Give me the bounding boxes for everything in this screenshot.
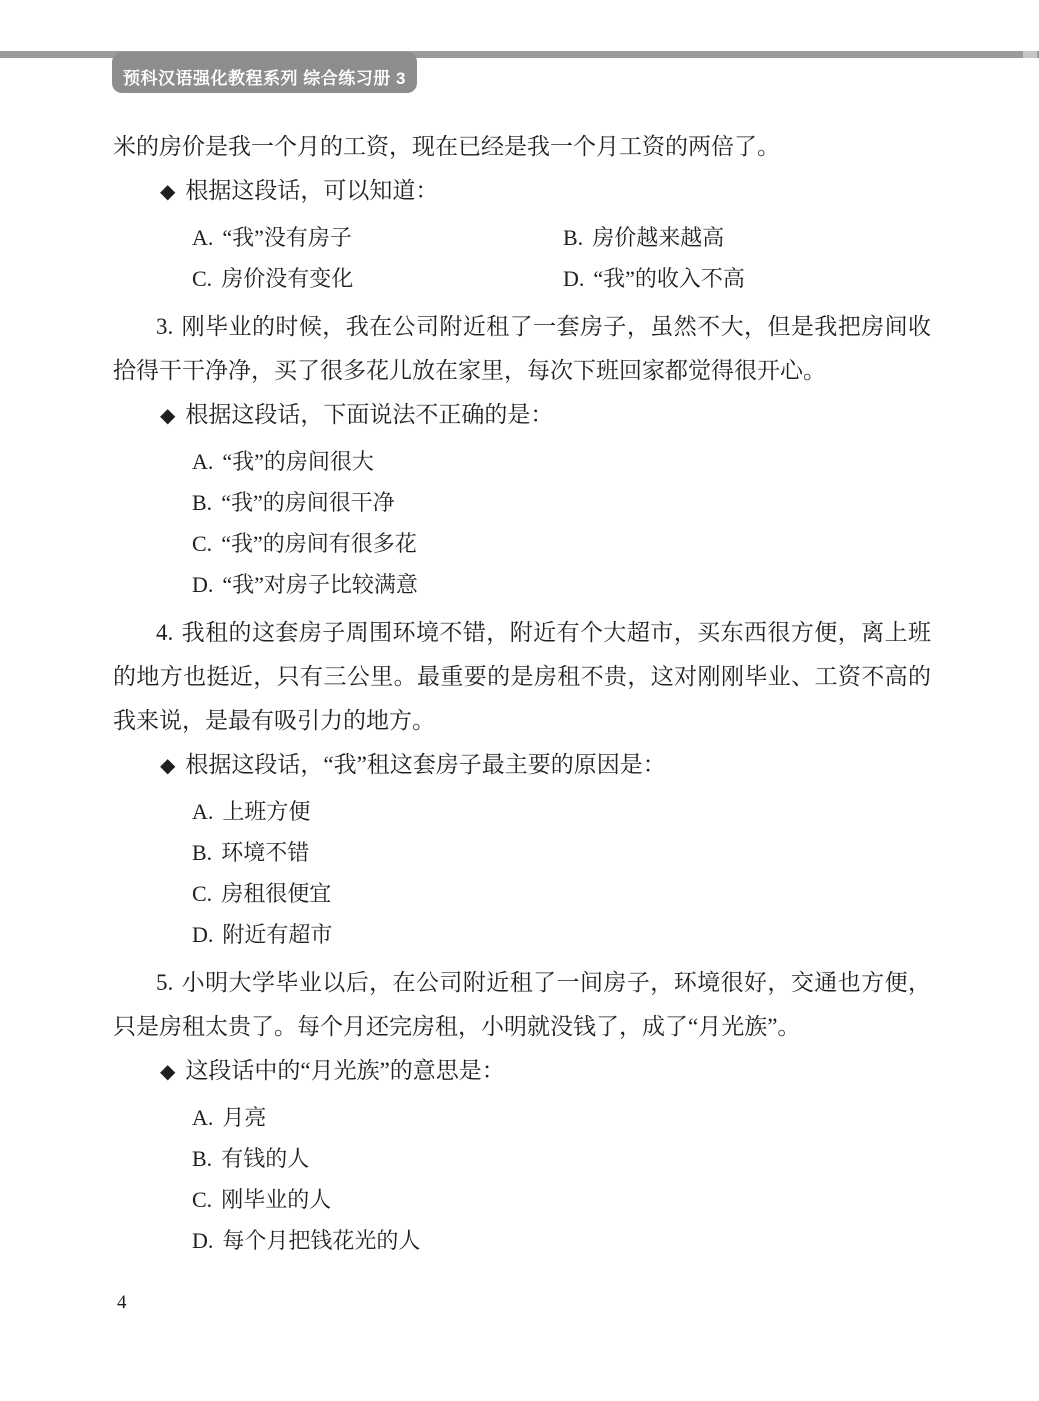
option-b: B.有钱的人 <box>192 1138 931 1179</box>
option-text: 每个月把钱花光的人 <box>222 1228 420 1253</box>
option-a: A.“我”没有房子 <box>192 217 563 258</box>
option-label: D. <box>563 266 584 291</box>
option-label: C. <box>192 881 212 906</box>
option-label: A. <box>192 225 213 250</box>
option-label: A. <box>192 1105 213 1130</box>
option-label: C. <box>192 1187 212 1212</box>
question-5-prompt: ◆这段话中的“月光族”的意思是： <box>113 1049 931 1093</box>
option-d: D.“我”的收入不高 <box>563 258 931 299</box>
option-label: C. <box>192 531 212 556</box>
option-label: B. <box>192 490 212 515</box>
question-3-prompt: ◆根据这段话，下面说法不正确的是： <box>113 393 931 437</box>
workbook-page: 预科汉语强化教程系列 综合练习册 3 米的房价是我一个月的工资，现在已经是我一个… <box>0 0 1039 1401</box>
question-2-continued: 米的房价是我一个月的工资，现在已经是我一个月工资的两倍了。 ◆根据这段话，可以知… <box>113 125 931 299</box>
option-a: A.上班方便 <box>192 791 931 832</box>
option-d: D.“我”对房子比较满意 <box>192 564 931 605</box>
option-text: “我”的房间很干净 <box>221 490 395 515</box>
question-3-passage: 3.刚毕业的时候，我在公司附近租了一套房子，虽然不大，但是我把房间收拾得干干净净… <box>113 305 931 393</box>
passage-text: 刚毕业的时候，我在公司附近租了一套房子，虽然不大，但是我把房间收拾得干干净净，买… <box>113 314 931 383</box>
option-b: B.环境不错 <box>192 832 931 873</box>
option-label: A. <box>192 799 213 824</box>
option-a: A.月亮 <box>192 1097 931 1138</box>
diamond-bullet-icon: ◆ <box>160 1059 175 1083</box>
option-label: D. <box>192 1228 213 1253</box>
header-rule-bar-tip <box>1023 51 1037 58</box>
option-label: B. <box>192 840 212 865</box>
option-text: 环境不错 <box>221 840 309 865</box>
option-text: “我”的收入不高 <box>593 266 745 291</box>
diamond-bullet-icon: ◆ <box>160 753 175 777</box>
prompt-text: 根据这段话，“我”租这套房子最主要的原因是： <box>185 752 665 777</box>
option-text: 上班方便 <box>222 799 310 824</box>
option-text: “我”的房间有很多花 <box>221 531 417 556</box>
question-3-options: A.“我”的房间很大 B.“我”的房间很干净 C.“我”的房间有很多花 D.“我… <box>113 441 931 605</box>
option-a: A.“我”的房间很大 <box>192 441 931 482</box>
question-4-options: A.上班方便 B.环境不错 C.房租很便宜 D.附近有超市 <box>113 791 931 955</box>
option-text: 房价越来越高 <box>592 225 724 250</box>
option-c: C.房价没有变化 <box>192 258 563 299</box>
option-text: 附近有超市 <box>222 922 332 947</box>
question-2-prompt: ◆根据这段话，可以知道： <box>113 169 931 213</box>
question-5-options: A.月亮 B.有钱的人 C.刚毕业的人 D.每个月把钱花光的人 <box>113 1097 931 1261</box>
diamond-bullet-icon: ◆ <box>160 179 175 203</box>
option-label: A. <box>192 449 213 474</box>
passage-text: 我租的这套房子周围环境不错，附近有个大超市，买东西很方便，离上班的地方也挺近，只… <box>113 620 931 733</box>
option-text: 房价没有变化 <box>221 266 353 291</box>
option-d: D.每个月把钱花光的人 <box>192 1220 931 1261</box>
option-b: B.房价越来越高 <box>563 217 931 258</box>
prompt-text: 这段话中的“月光族”的意思是： <box>185 1058 504 1083</box>
passage-continuation: 米的房价是我一个月的工资，现在已经是我一个月工资的两倍了。 <box>113 125 931 169</box>
question-5: 5.小明大学毕业以后，在公司附近租了一间房子，环境很好，交通也方便，只是房租太贵… <box>113 961 931 1261</box>
question-number: 4. <box>156 620 173 645</box>
question-4-passage: 4.我租的这套房子周围环境不错，附近有个大超市，买东西很方便，离上班的地方也挺近… <box>113 611 931 743</box>
option-text: “我”没有房子 <box>222 225 352 250</box>
option-text: 月亮 <box>222 1105 266 1130</box>
option-label: D. <box>192 922 213 947</box>
option-text: 房租很便宜 <box>221 881 331 906</box>
question-4: 4.我租的这套房子周围环境不错，附近有个大超市，买东西很方便，离上班的地方也挺近… <box>113 611 931 955</box>
page-number: 4 <box>117 1292 127 1314</box>
option-text: 有钱的人 <box>221 1146 309 1171</box>
option-label: C. <box>192 266 212 291</box>
option-c: C.刚毕业的人 <box>192 1179 931 1220</box>
option-c: C.房租很便宜 <box>192 873 931 914</box>
question-4-prompt: ◆根据这段话，“我”租这套房子最主要的原因是： <box>113 743 931 787</box>
page-content: 米的房价是我一个月的工资，现在已经是我一个月工资的两倍了。 ◆根据这段话，可以知… <box>113 0 931 1261</box>
option-d: D.附近有超市 <box>192 914 931 955</box>
option-label: B. <box>192 1146 212 1171</box>
option-text: 刚毕业的人 <box>221 1187 331 1212</box>
question-number: 3. <box>156 314 173 339</box>
option-label: D. <box>192 572 213 597</box>
passage-text: 小明大学毕业以后，在公司附近租了一间房子，环境很好，交通也方便，只是房租太贵了。… <box>113 970 931 1039</box>
question-number: 5. <box>156 970 173 995</box>
option-b: B.“我”的房间很干净 <box>192 482 931 523</box>
option-label: B. <box>563 225 583 250</box>
diamond-bullet-icon: ◆ <box>160 403 175 427</box>
prompt-text: 根据这段话，下面说法不正确的是： <box>185 402 553 427</box>
question-5-passage: 5.小明大学毕业以后，在公司附近租了一间房子，环境很好，交通也方便，只是房租太贵… <box>113 961 931 1049</box>
option-text: “我”的房间很大 <box>222 449 374 474</box>
question-2-options: A.“我”没有房子 B.房价越来越高 C.房价没有变化 D.“我”的收入不高 <box>113 217 931 299</box>
option-text: “我”对房子比较满意 <box>222 572 418 597</box>
question-3: 3.刚毕业的时候，我在公司附近租了一套房子，虽然不大，但是我把房间收拾得干干净净… <box>113 305 931 605</box>
option-c: C.“我”的房间有很多花 <box>192 523 931 564</box>
prompt-text: 根据这段话，可以知道： <box>185 178 438 203</box>
